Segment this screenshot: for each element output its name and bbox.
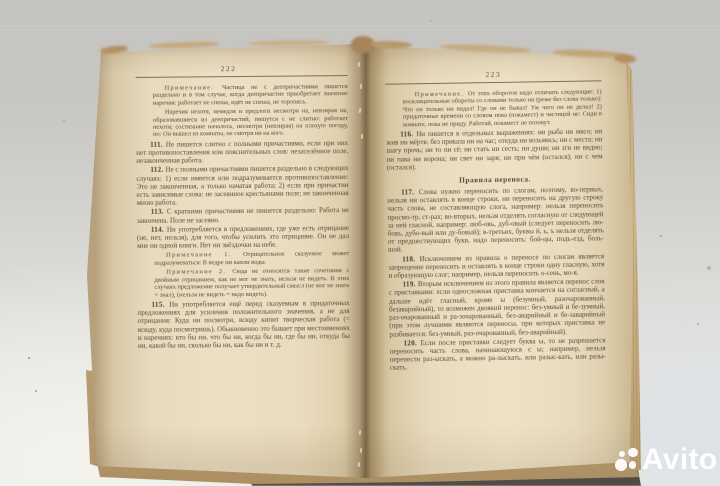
left-para-113: 113. С краткими причастиями не пишется р… [137, 207, 349, 225]
right-para-120: 120. Если после приставки следует буква … [389, 336, 605, 372]
left-para-115: 115. Ни употребляется ещё перед сказуемы… [138, 299, 350, 350]
dust-specks [28, 357, 30, 359]
book-gutter [346, 44, 386, 478]
right-para-118: 118. Исключением из правила о переносе п… [388, 252, 604, 280]
left-note-6: Примечание 1. Отрицательное сказуемое мо… [154, 251, 349, 268]
left-page-number: 222 [135, 63, 334, 74]
left-page-header-rule [136, 75, 348, 78]
right-para-116: 116. Ни пишется в отдельных выражениях: … [386, 127, 603, 171]
left-para-111: 111. Не пишется слитно с полными причаст… [136, 139, 348, 165]
left-para-114: 114. Ни употребляется в предложениях, гд… [137, 224, 349, 250]
left-page-content: 222 Примечание. Частица не с деепричасти… [135, 63, 350, 417]
left-note-1: Наречия нехотя, немедля и предлоги несмо… [153, 107, 348, 138]
right-heading-2: Правила переноса. [387, 173, 603, 185]
deckle-edge [148, 41, 220, 50]
right_page-blocks: Примечание. От этих оборотов надо отлича… [386, 88, 606, 372]
right-page-content: 223 Примечание. От этих оборотов надо от… [385, 68, 606, 419]
right-para-119: 119. Вторым исключением из этого правила… [389, 278, 606, 339]
wall-seam [0, 26, 720, 28]
avito-watermark-text: Avito [642, 444, 717, 476]
right-para-117: 117. Слова нужно переносить по слогам, п… [387, 185, 604, 254]
left-note-0: Примечание. Частица не с деепричастиями … [153, 83, 348, 107]
left-para-112: 112. Не с полными причастиями пишется ра… [136, 165, 348, 208]
book-photo: 222 Примечание. Частица не с деепричасти… [0, 0, 720, 486]
right-note-0: Примечание. От этих оборотов надо отлича… [403, 88, 603, 128]
left-note-7: Примечание 2. Сюда не относятся такие со… [154, 267, 349, 298]
left_page-blocks: Примечание. Частица не с деепричастиями … [136, 83, 350, 350]
right-page-header-rule [385, 80, 601, 84]
